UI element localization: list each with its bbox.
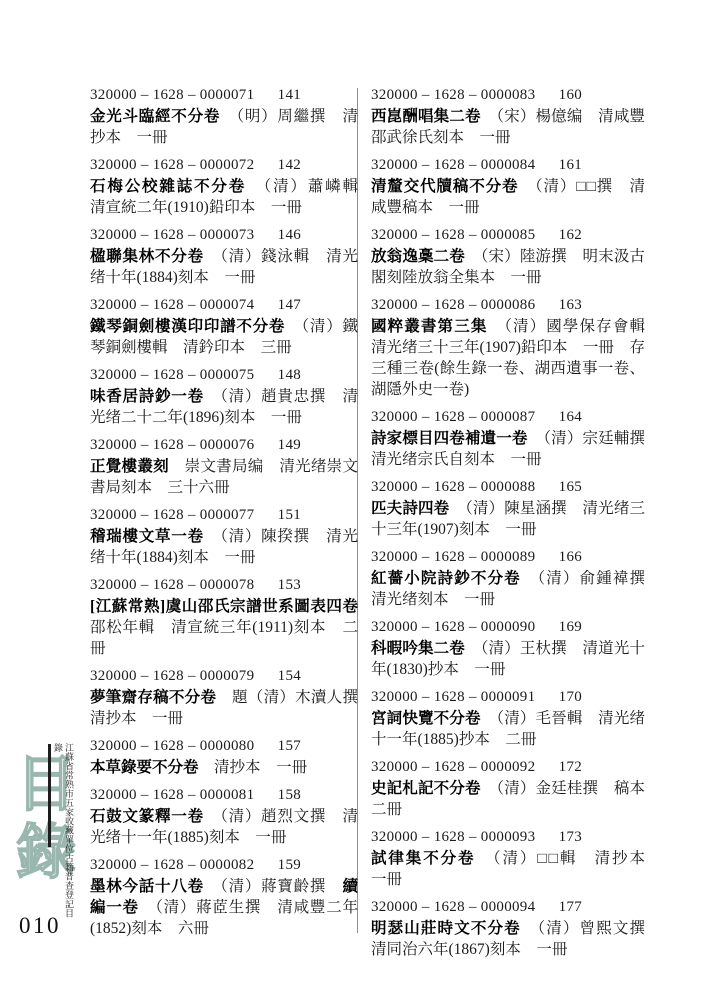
entry-call-number: 320000 – 1628 – 0000071141 [90, 85, 358, 106]
work-title: 詩家標目四卷補遺一卷 [371, 430, 528, 447]
work-title: 明瑟山莊時文不分卷 [371, 920, 521, 937]
entry-sequence-number: 166 [559, 549, 582, 565]
entry-call-number: 320000 – 1628 – 0000086163 [371, 295, 645, 316]
catalog-entry: 320000 – 1628 – 0000071141金光斗臨經不分卷 （明）周繼… [90, 85, 358, 148]
work-title: 宮詞快覽不分卷 [371, 710, 481, 727]
entry-call-number: 320000 – 1628 – 0000089166 [371, 547, 645, 568]
entry-detail: 清宣統二年(1910)鉛印本 [90, 199, 255, 216]
entry-description: 清釐交代牘稿不分卷 （清）□□撰 清咸豐稿本 一冊 [371, 176, 645, 218]
entry-detail: 清宣統三年(1911)刻本 [171, 619, 326, 636]
work-title: 試律集不分卷 [371, 850, 475, 867]
entry-call-number: 320000 – 1628 – 0000087164 [371, 407, 645, 428]
entry-description: 明瑟山莊時文不分卷 （清）曾熙文撰 清同治六年(1867)刻本 一冊 [371, 918, 645, 960]
work-title: 正覺樓叢刻 [90, 458, 169, 475]
catalog-entry: 320000 – 1628 – 0000079154夢筆齋存稿不分卷 題（清）木… [90, 666, 358, 729]
entry-sequence-number: 165 [559, 479, 582, 495]
entry-register-number: 320000 – 1628 – 0000085 [371, 227, 535, 243]
entry-sequence-number: 170 [559, 689, 582, 705]
entry-detail: 一冊 [137, 129, 168, 146]
entry-call-number: 320000 – 1628 – 0000075148 [90, 365, 358, 386]
entry-register-number: 320000 – 1628 – 0000075 [90, 367, 254, 383]
work-title: 夢筆齋存稿不分卷 [90, 689, 216, 706]
catalog-entry: 320000 – 1628 – 0000084161清釐交代牘稿不分卷 （清）□… [371, 155, 645, 218]
entry-detail: （清）趙貴忠撰 [220, 388, 326, 405]
entry-detail: 題（清）木瀆人撰 [232, 689, 358, 706]
entry-sequence-number: 154 [278, 668, 301, 684]
work-title: 史記札記不分卷 [371, 780, 481, 797]
entry-call-number: 320000 – 1628 – 0000079154 [90, 666, 358, 687]
catalog-entry: 320000 – 1628 – 0000088165匹夫詩四卷 （清）陳星涵撰 … [371, 477, 645, 540]
entry-detail: 六冊 [178, 920, 209, 937]
entry-sequence-number: 151 [278, 507, 301, 523]
page-number: 010 [19, 913, 61, 939]
entry-detail: （宋）楊億编 [496, 108, 582, 125]
catalog-entry: 320000 – 1628 – 0000091170宮詞快覽不分卷 （清）毛晉輯… [371, 687, 645, 750]
entry-description: 本草錄要不分卷 清抄本 一冊 [90, 757, 358, 778]
catalog-entry: 320000 – 1628 – 0000083160西崑酬唱集二卷 （宋）楊億编… [371, 85, 645, 148]
entry-sequence-number: 164 [559, 409, 582, 425]
entry-call-number: 320000 – 1628 – 0000082159 [90, 855, 358, 876]
entry-register-number: 320000 – 1628 – 0000082 [90, 857, 254, 873]
entry-detail: 一冊 [271, 199, 302, 216]
work-title: 鐵琴銅劍樓漢印印譜不分卷 [90, 318, 285, 335]
catalog-entry: 320000 – 1628 – 0000093173試律集不分卷 （清）□□輯 … [371, 827, 645, 890]
catalog-entry: 320000 – 1628 – 0000086163國粹叢書第三集 （清）國學保… [371, 295, 645, 400]
entry-call-number: 320000 – 1628 – 0000083160 [371, 85, 645, 106]
entry-detail: （清）陳揆撰 [220, 528, 310, 545]
work-title: 紅薔小院詩鈔不分卷 [371, 570, 521, 587]
spine-title: 江蘇省常熟市五家收藏單位古籍普查登記目錄 [52, 743, 74, 923]
entry-register-number: 320000 – 1628 – 0000089 [371, 549, 535, 565]
entry-sequence-number: 163 [559, 297, 582, 313]
entry-call-number: 320000 – 1628 – 0000073146 [90, 225, 358, 246]
entry-register-number: 320000 – 1628 – 0000073 [90, 227, 254, 243]
entry-detail: 一冊 [536, 941, 567, 958]
entry-register-number: 320000 – 1628 – 0000079 [90, 668, 254, 684]
entry-detail: （宋）陸游撰 [481, 248, 567, 265]
catalog-entry: 320000 – 1628 – 0000075148味香居詩鈔一卷 （清）趙貴忠… [90, 365, 358, 428]
entry-detail: 一冊 [276, 759, 307, 776]
entry-detail: 一冊 [583, 339, 614, 356]
catalog-entry: 320000 – 1628 – 0000092172史記札記不分卷 （清）金廷桂… [371, 757, 645, 820]
entry-register-number: 320000 – 1628 – 0000071 [90, 87, 254, 103]
entry-sequence-number: 148 [278, 367, 301, 383]
entry-detail: 一冊 [152, 710, 183, 727]
entry-detail: 清光绪刻本 [371, 591, 449, 608]
entry-detail: 一冊 [371, 871, 402, 888]
entry-register-number: 320000 – 1628 – 0000091 [371, 689, 535, 705]
work-title: 匹夫詩四卷 [371, 500, 449, 517]
entry-sequence-number: 177 [559, 899, 582, 915]
catalog-entry: 320000 – 1628 – 0000078153[江蘇常熟]虞山邵氏宗譜世系… [90, 575, 358, 659]
entry-detail: （清）蕭嶙輯 [263, 178, 358, 195]
work-title: 石鼓文篆釋一卷 [90, 808, 204, 825]
left-column: 320000 – 1628 – 0000071141金光斗臨經不分卷 （明）周繼… [90, 85, 358, 946]
entry-detail: （清）蔣茝生撰 [155, 899, 261, 916]
entry-detail: 一冊 [255, 829, 286, 846]
entry-call-number: 320000 – 1628 – 0000088165 [371, 477, 645, 498]
entry-register-number: 320000 – 1628 – 0000077 [90, 507, 254, 523]
entry-description: [江蘇常熟]虞山邵氏宗譜世系圖表四卷 邵松年輯 清宣統三年(1911)刻本 二冊 [90, 596, 358, 659]
catalog-entry: 320000 – 1628 – 0000087164詩家標目四卷補遺一卷 （清）… [371, 407, 645, 470]
entry-register-number: 320000 – 1628 – 0000090 [371, 619, 535, 635]
entry-call-number: 320000 – 1628 – 0000091170 [371, 687, 645, 708]
entry-detail: （清）國學保存會輯 [504, 318, 645, 335]
entry-detail: 一冊 [449, 199, 480, 216]
entry-detail: 一冊 [480, 129, 511, 146]
entry-register-number: 320000 – 1628 – 0000076 [90, 437, 254, 453]
entry-detail: （清）曾熙文撰 [537, 920, 645, 937]
entry-call-number: 320000 – 1628 – 0000077151 [90, 505, 358, 526]
entry-call-number: 320000 – 1628 – 0000080157 [90, 736, 358, 757]
entry-register-number: 320000 – 1628 – 0000088 [371, 479, 535, 495]
entry-sequence-number: 142 [278, 157, 301, 173]
entry-register-number: 320000 – 1628 – 0000083 [371, 87, 535, 103]
entry-sequence-number: 141 [278, 87, 301, 103]
entry-sequence-number: 172 [559, 759, 582, 775]
entry-sequence-number: 173 [559, 829, 582, 845]
entry-description: 科暇吟集二卷 （清）王杕撰 清道光十年(1830)抄本 一冊 [371, 638, 645, 680]
entry-sequence-number: 153 [278, 577, 301, 593]
work-title: 清釐交代牘稿不分卷 [371, 178, 518, 195]
entry-call-number: 320000 – 1628 – 0000085162 [371, 225, 645, 246]
entry-call-number: 320000 – 1628 – 0000094177 [371, 897, 645, 918]
spine-rule [48, 744, 51, 847]
entry-sequence-number: 158 [278, 787, 301, 803]
entry-description: 放翁逸稾二卷 （宋）陸游撰 明末汲古閣刻陸放翁全集本 一冊 [371, 246, 645, 288]
entry-detail: 一冊 [511, 269, 542, 286]
entry-register-number: 320000 – 1628 – 0000092 [371, 759, 535, 775]
catalog-entry: 320000 – 1628 – 0000089166紅薔小院詩鈔不分卷 （清）俞… [371, 547, 645, 610]
work-title: 墨林今話十八卷 [90, 878, 204, 895]
entry-detail: 一冊 [474, 661, 505, 678]
entry-detail: 一冊 [224, 269, 255, 286]
catalog-entry: 320000 – 1628 – 0000085162放翁逸稾二卷 （宋）陸游撰 … [371, 225, 645, 288]
entry-detail: 清抄本 [595, 850, 645, 867]
entry-description: 匹夫詩四卷 （清）陳星涵撰 清光绪三十三年(1907)刻本 一冊 [371, 498, 645, 540]
catalog-entry: 320000 – 1628 – 0000074147鐵琴銅劍樓漢印印譜不分卷 （… [90, 295, 358, 358]
catalog-entry: 320000 – 1628 – 0000081158石鼓文篆釋一卷 （清）趙烈文… [90, 785, 358, 848]
entry-description: 國粹叢書第三集 （清）國學保存會輯 清光绪三十三年(1907)鉛印本 一冊 存三… [371, 316, 645, 400]
entry-description: 鐵琴銅劍樓漢印印譜不分卷 （清）鐵琴銅劍樓輯 清鈐印本 三冊 [90, 316, 358, 358]
entry-description: 石梅公校雜誌不分卷 （清）蕭嶙輯 清宣統二年(1910)鉛印本 一冊 [90, 176, 358, 218]
entry-register-number: 320000 – 1628 – 0000087 [371, 409, 535, 425]
entry-sequence-number: 160 [559, 87, 582, 103]
work-title: 石梅公校雜誌不分卷 [90, 178, 246, 195]
catalog-entry: 320000 – 1628 – 0000082159墨林今話十八卷 （清）蔣寶齡… [90, 855, 358, 939]
entry-detail: 邵松年輯 [90, 619, 155, 636]
entry-call-number: 320000 – 1628 – 0000076149 [90, 435, 358, 456]
entry-detail: 一冊 [224, 549, 255, 566]
catalog-entry: 320000 – 1628 – 0000072142石梅公校雜誌不分卷 （清）蕭… [90, 155, 358, 218]
entry-sequence-number: 147 [278, 297, 301, 313]
work-title: 稽瑞樓文草一卷 [90, 528, 204, 545]
entry-detail: 一冊 [464, 591, 495, 608]
entry-register-number: 320000 – 1628 – 0000093 [371, 829, 535, 845]
entry-call-number: 320000 – 1628 – 0000078153 [90, 575, 358, 596]
entry-sequence-number: 159 [278, 857, 301, 873]
catalog-entry: 320000 – 1628 – 0000090169科暇吟集二卷 （清）王杕撰 … [371, 617, 645, 680]
entry-detail: 一冊 [271, 409, 302, 426]
entry-sequence-number: 169 [559, 619, 582, 635]
entry-detail: 稿本 [614, 780, 645, 797]
entry-call-number: 320000 – 1628 – 0000084161 [371, 155, 645, 176]
entry-description: 西崑酬唱集二卷 （宋）楊億编 清咸豐邵武徐氏刻本 一冊 [371, 106, 645, 148]
entry-description: 味香居詩鈔一卷 （清）趙貴忠撰 清光绪二十二年(1896)刻本 一冊 [90, 386, 358, 428]
entry-call-number: 320000 – 1628 – 0000074147 [90, 295, 358, 316]
entry-description: 金光斗臨經不分卷 （明）周繼撰 清抄本 一冊 [90, 106, 358, 148]
catalog-entry: 320000 – 1628 – 0000080157本草錄要不分卷 清抄本 一冊 [90, 736, 358, 778]
entry-register-number: 320000 – 1628 – 0000084 [371, 157, 535, 173]
entry-sequence-number: 149 [278, 437, 301, 453]
entry-description: 稽瑞樓文草一卷 （清）陳揆撰 清光绪十年(1884)刻本 一冊 [90, 526, 358, 568]
work-title: 味香居詩鈔一卷 [90, 388, 204, 405]
entry-detail: 三冊 [261, 339, 292, 356]
catalog-entry: 320000 – 1628 – 0000076149正覺樓叢刻 崇文書局编 清光… [90, 435, 358, 498]
entry-call-number: 320000 – 1628 – 0000081158 [90, 785, 358, 806]
entry-detail: （明）周繼撰 [236, 108, 326, 125]
entry-register-number: 320000 – 1628 – 0000078 [90, 577, 254, 593]
entry-detail: （清）陳星涵撰 [465, 500, 567, 517]
work-title: 國粹叢書第三集 [371, 318, 487, 335]
entry-register-number: 320000 – 1628 – 0000094 [371, 899, 535, 915]
work-title: 金光斗臨經不分卷 [90, 108, 220, 125]
entry-description: 試律集不分卷 （清）□□輯 清抄本 一冊 [371, 848, 645, 890]
catalog-entry: 320000 – 1628 – 0000077151稽瑞樓文草一卷 （清）陳揆撰… [90, 505, 358, 568]
entry-description: 詩家標目四卷補遺一卷 （清）宗廷輔撰 清光绪宗氏自刻本 一冊 [371, 428, 645, 470]
entry-description: 墨林今話十八卷 （清）蔣寶齡撰 續編一卷 （清）蔣茝生撰 清咸豐二年(1852)… [90, 876, 358, 939]
entry-detail: 清抄本 [90, 710, 137, 727]
entry-detail: 三十六冊 [168, 479, 230, 496]
entry-detail: （清）趙烈文撰 [220, 808, 326, 825]
entry-register-number: 320000 – 1628 – 0000072 [90, 157, 254, 173]
work-title: 西崑酬唱集二卷 [371, 108, 481, 125]
catalog-entry: 320000 – 1628 – 0000073146楹聯集林不分卷 （清）錢泳輯… [90, 225, 358, 288]
entry-call-number: 320000 – 1628 – 0000093173 [371, 827, 645, 848]
entry-detail: 一冊 [505, 521, 536, 538]
entry-call-number: 320000 – 1628 – 0000090169 [371, 617, 645, 638]
catalog-entry: 320000 – 1628 – 0000094177明瑟山莊時文不分卷 （清）曾… [371, 897, 645, 960]
entry-description: 史記札記不分卷 （清）金廷桂撰 稿本 二冊 [371, 778, 645, 820]
entry-register-number: 320000 – 1628 – 0000081 [90, 787, 254, 803]
entry-sequence-number: 162 [559, 227, 582, 243]
entry-detail: （清）錢泳輯 [220, 248, 310, 265]
entry-detail: （清）毛晉輯 [496, 710, 582, 727]
entry-detail: 清鈐印本 [183, 339, 245, 356]
entry-detail: （清）□□撰 [535, 178, 613, 195]
work-title: 科暇吟集二卷 [371, 640, 465, 657]
entry-detail: （清）蔣寶齡撰 [220, 878, 326, 895]
right-column: 320000 – 1628 – 0000083160西崑酬唱集二卷 （宋）楊億编… [371, 85, 645, 967]
work-title: 楹聯集林不分卷 [90, 248, 204, 265]
entry-register-number: 320000 – 1628 – 0000080 [90, 738, 254, 754]
work-title: [江蘇常熟]虞山邵氏宗譜世系圖表四卷 [90, 598, 358, 615]
entry-description: 宮詞快覽不分卷 （清）毛晉輯 清光绪十一年(1885)抄本 二冊 [371, 708, 645, 750]
catalog-page: 目錄 江蘇省常熟市五家收藏單位古籍普查登記目錄 010 320000 – 162… [0, 0, 711, 1000]
entry-detail: （清）□□輯 [493, 850, 577, 867]
entry-detail: （清）宗廷輔撰 [543, 430, 645, 447]
entry-detail: 一冊 [511, 451, 542, 468]
entry-detail: 崇文書局编 [185, 458, 264, 475]
entry-call-number: 320000 – 1628 – 0000092172 [371, 757, 645, 778]
entry-description: 紅薔小院詩鈔不分卷 （清）俞鍾褘撰 清光绪刻本 一冊 [371, 568, 645, 610]
entry-call-number: 320000 – 1628 – 0000072142 [90, 155, 358, 176]
entry-detail: （清）金廷桂撰 [496, 780, 598, 797]
entry-description: 楹聯集林不分卷 （清）錢泳輯 清光绪十年(1884)刻本 一冊 [90, 246, 358, 288]
entry-register-number: 320000 – 1628 – 0000086 [371, 297, 535, 313]
entry-detail: 清同治六年(1867)刻本 [371, 941, 521, 958]
entry-detail: （清）俞鍾褘撰 [537, 570, 645, 587]
entry-register-number: 320000 – 1628 – 0000074 [90, 297, 254, 313]
entry-sequence-number: 161 [559, 157, 582, 173]
entry-detail: （清）王杕撰 [481, 640, 567, 657]
entry-sequence-number: 146 [278, 227, 301, 243]
entry-detail: 二冊 [505, 731, 536, 748]
entry-detail: 清抄本 [214, 759, 261, 776]
entry-detail: 清光绪宗氏自刻本 [371, 451, 495, 468]
entry-sequence-number: 157 [278, 738, 301, 754]
work-title: 本草錄要不分卷 [90, 759, 199, 776]
work-title: 放翁逸稾二卷 [371, 248, 465, 265]
entry-description: 石鼓文篆釋一卷 （清）趙烈文撰 清光绪十一年(1885)刻本 一冊 [90, 806, 358, 848]
entry-description: 正覺樓叢刻 崇文書局编 清光绪崇文書局刻本 三十六冊 [90, 456, 358, 498]
entry-description: 夢筆齋存稿不分卷 題（清）木瀆人撰 清抄本 一冊 [90, 687, 358, 729]
entry-detail: 二冊 [371, 801, 402, 818]
entry-detail: 清光绪三十三年(1907)鉛印本 [371, 339, 567, 356]
